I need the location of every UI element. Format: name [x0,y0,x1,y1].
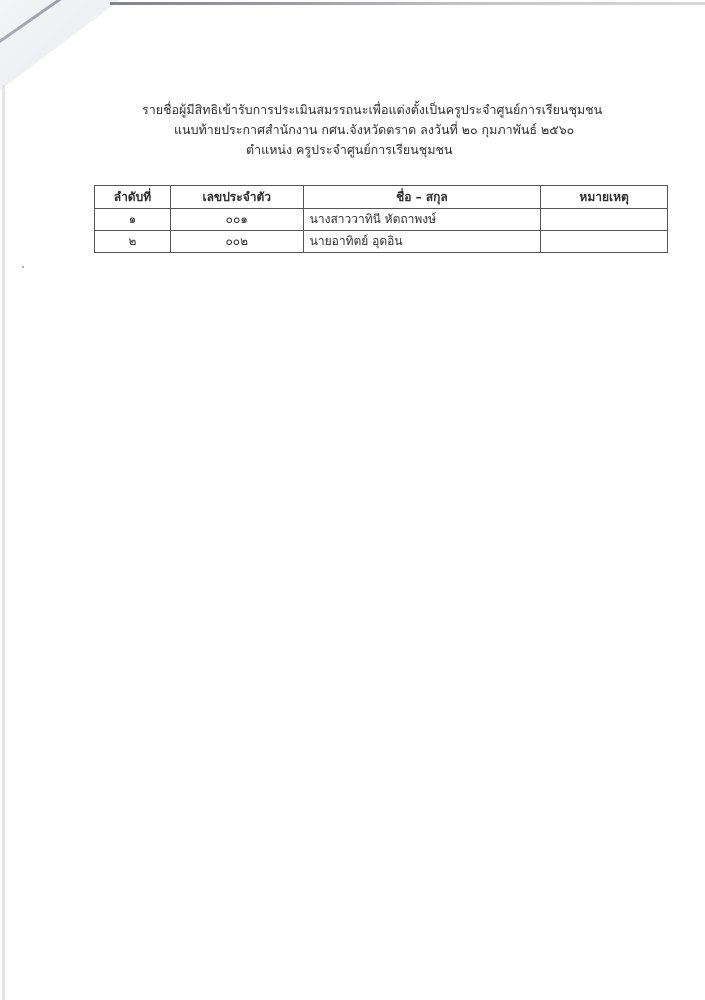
document-title: รายชื่อผู้มีสิทธิเข้ารับการประเมินสมรรถน… [142,100,602,120]
folded-corner [0,0,120,90]
candidate-table: ลำดับที่ เลขประจำตัว ชื่อ – สกุล หมายเหต… [94,185,668,253]
cell-order: ๒ [95,231,171,253]
header-id: เลขประจำตัว [170,186,303,209]
cell-id: ๐๐๒ [170,231,303,253]
header-name: ชื่อ – สกุล [303,186,541,209]
scan-speck [22,266,24,268]
table-row: ๒ ๐๐๒ นายอาทิตย์ อุดอิน [95,231,668,253]
document-subtitle: แนบท้ายประกาศสำนักงาน กศน.จังหวัดตราด ลง… [174,120,574,140]
cell-remark [541,209,668,231]
scan-left-edge [2,85,5,1000]
cell-order: ๑ [95,209,171,231]
scan-top-edge [110,2,705,5]
scanned-page: รายชื่อผู้มีสิทธิเข้ารับการประเมินสมรรถน… [0,0,705,1000]
table-row: ๑ ๐๐๑ นางสาววาทินี หัตถาพงษ์ [95,209,668,231]
header-order: ลำดับที่ [95,186,171,209]
cell-name: นางสาววาทินี หัตถาพงษ์ [303,209,541,231]
document-position: ตำแหน่ง ครูประจำศูนย์การเรียนชุมชน [246,140,453,160]
cell-name: นายอาทิตย์ อุดอิน [303,231,541,253]
table-header-row: ลำดับที่ เลขประจำตัว ชื่อ – สกุล หมายเหต… [95,186,668,209]
header-remark: หมายเหตุ [541,186,668,209]
cell-id: ๐๐๑ [170,209,303,231]
cell-remark [541,231,668,253]
